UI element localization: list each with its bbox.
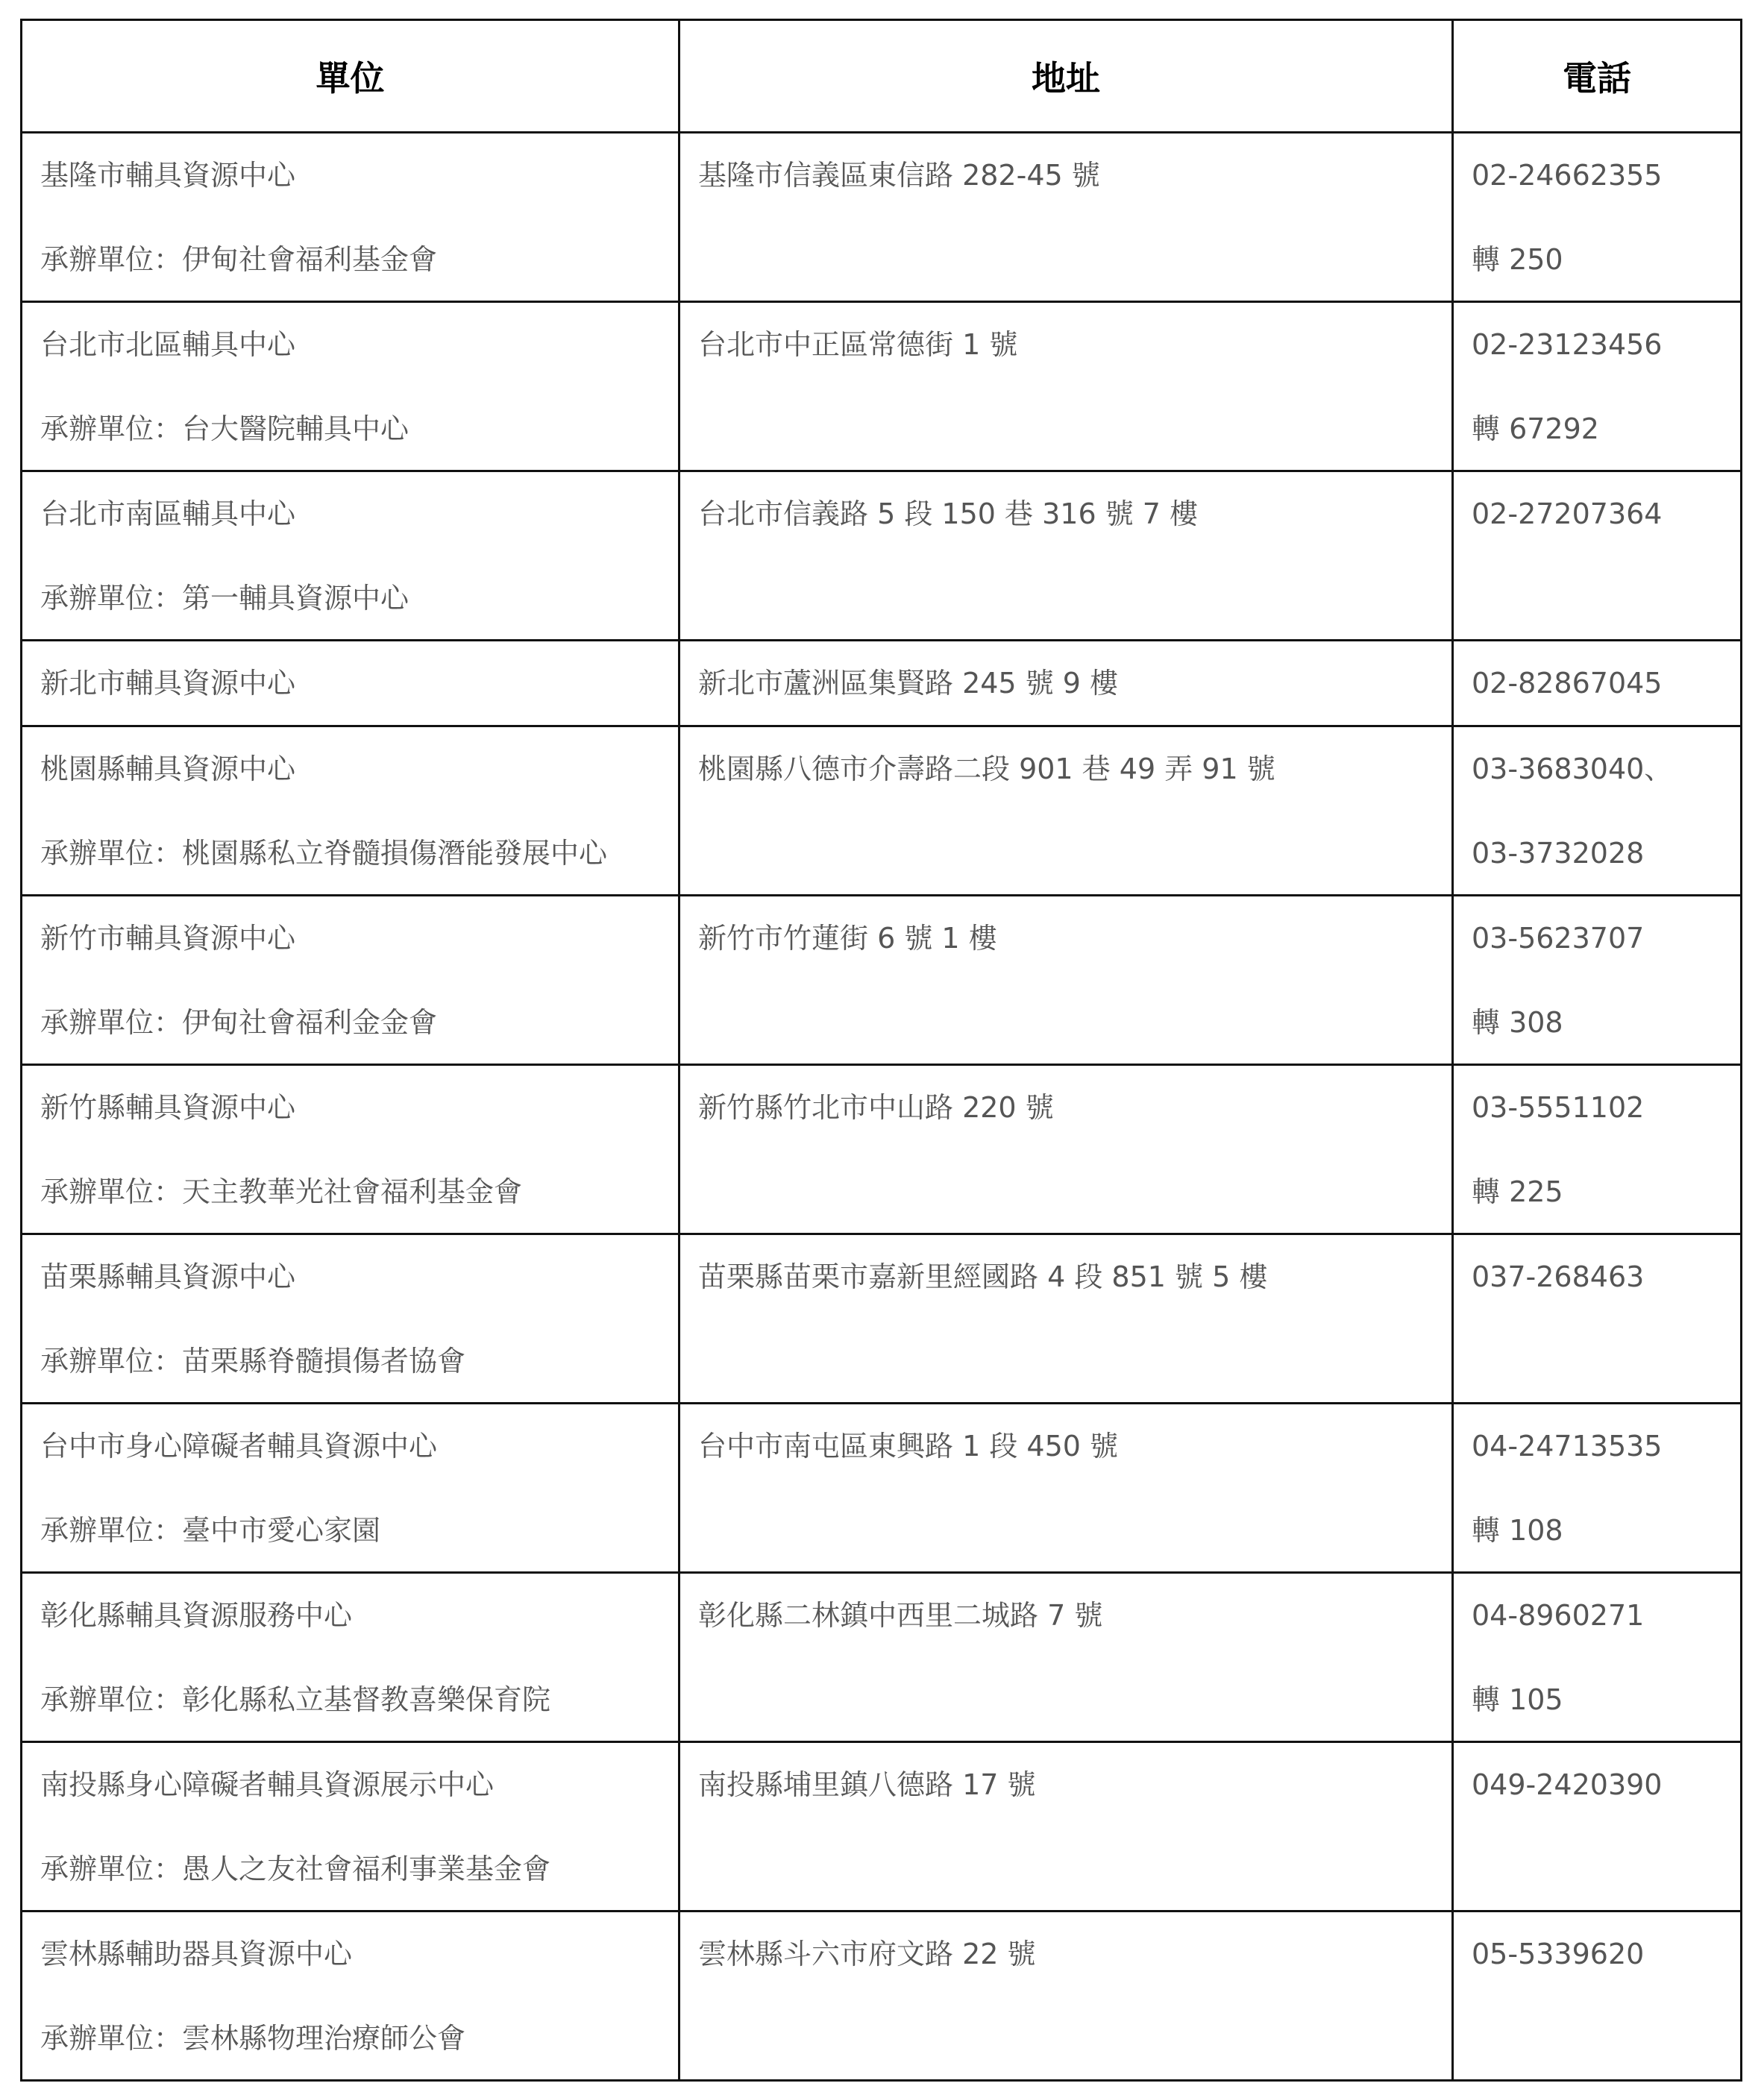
- table-row: 台北市南區輔具中心 承辦單位：第一輔具資源中心 台北市信義路 5 段 150 巷…: [22, 471, 1742, 641]
- phone-number: 02-24662355: [1472, 160, 1740, 190]
- address-cell: 南投縣埔里鎮八德路 17 號: [679, 1742, 1453, 1911]
- phone-cell: 02-82867045: [1453, 641, 1742, 726]
- unit-name: 新竹市輔具資源中心: [40, 923, 678, 953]
- phone-number: 049-2420390: [1472, 1770, 1740, 1800]
- operator-name: 承辦單位：臺中市愛心家園: [40, 1515, 678, 1545]
- operator-name: 承辦單位：台大醫院輔具中心: [40, 414, 678, 444]
- address-cell: 台北市中正區常德街 1 號: [679, 302, 1453, 471]
- unit-cell: 彰化縣輔具資源服務中心 承辦單位：彰化縣私立基督教喜樂保育院: [22, 1573, 679, 1742]
- address-text: 彰化縣二林鎮中西里二城路 7 號: [698, 1600, 1451, 1630]
- table-row: 桃園縣輔具資源中心 承辦單位：桃園縣私立脊髓損傷潛能發展中心 桃園縣八德市介壽路…: [22, 726, 1742, 896]
- unit-cell: 台北市南區輔具中心 承辦單位：第一輔具資源中心: [22, 471, 679, 641]
- table-row: 南投縣身心障礙者輔具資源展示中心 承辦單位：愚人之友社會福利事業基金會 南投縣埔…: [22, 1742, 1742, 1911]
- unit-name: 苗栗縣輔具資源中心: [40, 1262, 678, 1292]
- phone-number: 02-82867045: [1472, 668, 1740, 698]
- operator-name: 承辦單位：第一輔具資源中心: [40, 583, 678, 613]
- unit-name: 彰化縣輔具資源服務中心: [40, 1600, 678, 1630]
- unit-cell: 台北市北區輔具中心 承辦單位：台大醫院輔具中心: [22, 302, 679, 471]
- phone-number: 02-27207364: [1472, 499, 1740, 529]
- address-cell: 苗栗縣苗栗市嘉新里經國路 4 段 851 號 5 樓: [679, 1234, 1453, 1404]
- unit-cell: 苗栗縣輔具資源中心 承辦單位：苗栗縣脊髓損傷者協會: [22, 1234, 679, 1404]
- operator-name: 承辦單位：雲林縣物理治療師公會: [40, 2023, 678, 2053]
- unit-cell: 新竹市輔具資源中心 承辦單位：伊甸社會福利金金會: [22, 896, 679, 1065]
- header-unit: 單位: [22, 20, 679, 133]
- phone-number: 02-23123456: [1472, 330, 1740, 359]
- address-text: 苗栗縣苗栗市嘉新里經國路 4 段 851 號 5 樓: [698, 1262, 1451, 1292]
- phone-number-secondary: 03-3732028: [1472, 838, 1740, 868]
- header-address: 地址: [679, 20, 1453, 133]
- phone-cell: 03-5551102 轉 225: [1453, 1065, 1742, 1234]
- unit-name: 台北市北區輔具中心: [40, 330, 678, 359]
- address-text: 台北市信義路 5 段 150 巷 316 號 7 樓: [698, 499, 1451, 529]
- unit-cell: 南投縣身心障礙者輔具資源展示中心 承辦單位：愚人之友社會福利事業基金會: [22, 1742, 679, 1911]
- phone-number: 04-8960271: [1472, 1600, 1740, 1630]
- table-row: 新竹市輔具資源中心 承辦單位：伊甸社會福利金金會 新竹市竹蓮街 6 號 1 樓 …: [22, 896, 1742, 1065]
- phone-number: 037-268463: [1472, 1262, 1740, 1292]
- address-cell: 基隆市信義區東信路 282-45 號: [679, 133, 1453, 302]
- phone-cell: 02-23123456 轉 67292: [1453, 302, 1742, 471]
- table-row: 台北市北區輔具中心 承辦單位：台大醫院輔具中心 台北市中正區常德街 1 號 02…: [22, 302, 1742, 471]
- table-row: 台中市身心障礙者輔具資源中心 承辦單位：臺中市愛心家園 台中市南屯區東興路 1 …: [22, 1404, 1742, 1573]
- address-cell: 新竹市竹蓮街 6 號 1 樓: [679, 896, 1453, 1065]
- address-text: 新竹縣竹北市中山路 220 號: [698, 1093, 1451, 1122]
- address-cell: 台中市南屯區東興路 1 段 450 號: [679, 1404, 1453, 1573]
- table-row: 基隆市輔具資源中心 承辦單位：伊甸社會福利基金會 基隆市信義區東信路 282-4…: [22, 133, 1742, 302]
- unit-cell: 新竹縣輔具資源中心 承辦單位：天主教華光社會福利基金會: [22, 1065, 679, 1234]
- phone-number: 05-5339620: [1472, 1939, 1740, 1969]
- address-cell: 雲林縣斗六市府文路 22 號: [679, 1911, 1453, 2081]
- phone-cell: 03-3683040、 03-3732028: [1453, 726, 1742, 896]
- address-text: 南投縣埔里鎮八德路 17 號: [698, 1770, 1451, 1800]
- phone-cell: 04-8960271 轉 105: [1453, 1573, 1742, 1742]
- phone-cell: 037-268463: [1453, 1234, 1742, 1404]
- operator-name: 承辦單位：彰化縣私立基督教喜樂保育院: [40, 1685, 678, 1715]
- operator-name: 承辦單位：苗栗縣脊髓損傷者協會: [40, 1346, 678, 1376]
- unit-name: 基隆市輔具資源中心: [40, 160, 678, 190]
- phone-number: 03-5623707: [1472, 923, 1740, 953]
- unit-cell: 台中市身心障礙者輔具資源中心 承辦單位：臺中市愛心家園: [22, 1404, 679, 1573]
- address-cell: 台北市信義路 5 段 150 巷 316 號 7 樓: [679, 471, 1453, 641]
- address-cell: 桃園縣八德市介壽路二段 901 巷 49 弄 91 號: [679, 726, 1453, 896]
- table-body: 基隆市輔具資源中心 承辦單位：伊甸社會福利基金會 基隆市信義區東信路 282-4…: [22, 133, 1742, 2081]
- address-cell: 彰化縣二林鎮中西里二城路 7 號: [679, 1573, 1453, 1742]
- unit-cell: 雲林縣輔助器具資源中心 承辦單位：雲林縣物理治療師公會: [22, 1911, 679, 2081]
- unit-cell: 基隆市輔具資源中心 承辦單位：伊甸社會福利基金會: [22, 133, 679, 302]
- phone-number: 03-3683040、: [1472, 754, 1740, 784]
- operator-name: 承辦單位：伊甸社會福利基金會: [40, 245, 678, 274]
- phone-extension: 轉 308: [1472, 1008, 1740, 1037]
- header-phone: 電話: [1453, 20, 1742, 133]
- table-row: 新北市輔具資源中心 新北市蘆洲區集賢路 245 號 9 樓 02-8286704…: [22, 641, 1742, 726]
- address-text: 台北市中正區常德街 1 號: [698, 330, 1451, 359]
- table-row: 苗栗縣輔具資源中心 承辦單位：苗栗縣脊髓損傷者協會 苗栗縣苗栗市嘉新里經國路 4…: [22, 1234, 1742, 1404]
- unit-name: 南投縣身心障礙者輔具資源展示中心: [40, 1770, 678, 1800]
- phone-cell: 04-24713535 轉 108: [1453, 1404, 1742, 1573]
- phone-cell: 02-27207364: [1453, 471, 1742, 641]
- table-row: 新竹縣輔具資源中心 承辦單位：天主教華光社會福利基金會 新竹縣竹北市中山路 22…: [22, 1065, 1742, 1234]
- operator-name: 承辦單位：桃園縣私立脊髓損傷潛能發展中心: [40, 838, 678, 868]
- address-text: 桃園縣八德市介壽路二段 901 巷 49 弄 91 號: [698, 754, 1451, 784]
- assistive-device-centers-table: 單位 地址 電話 基隆市輔具資源中心 承辦單位：伊甸社會福利基金會 基隆市信義區…: [20, 19, 1742, 2082]
- phone-extension: 轉 67292: [1472, 414, 1740, 444]
- phone-number: 04-24713535: [1472, 1431, 1740, 1461]
- operator-name: 承辦單位：愚人之友社會福利事業基金會: [40, 1854, 678, 1884]
- phone-cell: 049-2420390: [1453, 1742, 1742, 1911]
- unit-name: 桃園縣輔具資源中心: [40, 754, 678, 784]
- phone-extension: 轉 105: [1472, 1685, 1740, 1715]
- address-cell: 新北市蘆洲區集賢路 245 號 9 樓: [679, 641, 1453, 726]
- address-text: 台中市南屯區東興路 1 段 450 號: [698, 1431, 1451, 1461]
- unit-name: 雲林縣輔助器具資源中心: [40, 1939, 678, 1969]
- address-cell: 新竹縣竹北市中山路 220 號: [679, 1065, 1453, 1234]
- phone-cell: 05-5339620: [1453, 1911, 1742, 2081]
- unit-cell: 桃園縣輔具資源中心 承辦單位：桃園縣私立脊髓損傷潛能發展中心: [22, 726, 679, 896]
- operator-name: 承辦單位：伊甸社會福利金金會: [40, 1008, 678, 1037]
- unit-name: 新竹縣輔具資源中心: [40, 1093, 678, 1122]
- address-text: 新北市蘆洲區集賢路 245 號 9 樓: [698, 668, 1451, 698]
- address-text: 雲林縣斗六市府文路 22 號: [698, 1939, 1451, 1969]
- unit-name: 台北市南區輔具中心: [40, 499, 678, 529]
- table-row: 雲林縣輔助器具資源中心 承辦單位：雲林縣物理治療師公會 雲林縣斗六市府文路 22…: [22, 1911, 1742, 2081]
- phone-cell: 03-5623707 轉 308: [1453, 896, 1742, 1065]
- phone-cell: 02-24662355 轉 250: [1453, 133, 1742, 302]
- address-text: 新竹市竹蓮街 6 號 1 樓: [698, 923, 1451, 953]
- unit-cell: 新北市輔具資源中心: [22, 641, 679, 726]
- address-text: 基隆市信義區東信路 282-45 號: [698, 160, 1451, 190]
- phone-extension: 轉 225: [1472, 1177, 1740, 1207]
- phone-extension: 轉 250: [1472, 245, 1740, 274]
- table-row: 彰化縣輔具資源服務中心 承辦單位：彰化縣私立基督教喜樂保育院 彰化縣二林鎮中西里…: [22, 1573, 1742, 1742]
- operator-name: 承辦單位：天主教華光社會福利基金會: [40, 1177, 678, 1207]
- unit-name: 台中市身心障礙者輔具資源中心: [40, 1431, 678, 1461]
- phone-number: 03-5551102: [1472, 1093, 1740, 1122]
- unit-name: 新北市輔具資源中心: [40, 668, 678, 698]
- phone-extension: 轉 108: [1472, 1515, 1740, 1545]
- table-header-row: 單位 地址 電話: [22, 20, 1742, 133]
